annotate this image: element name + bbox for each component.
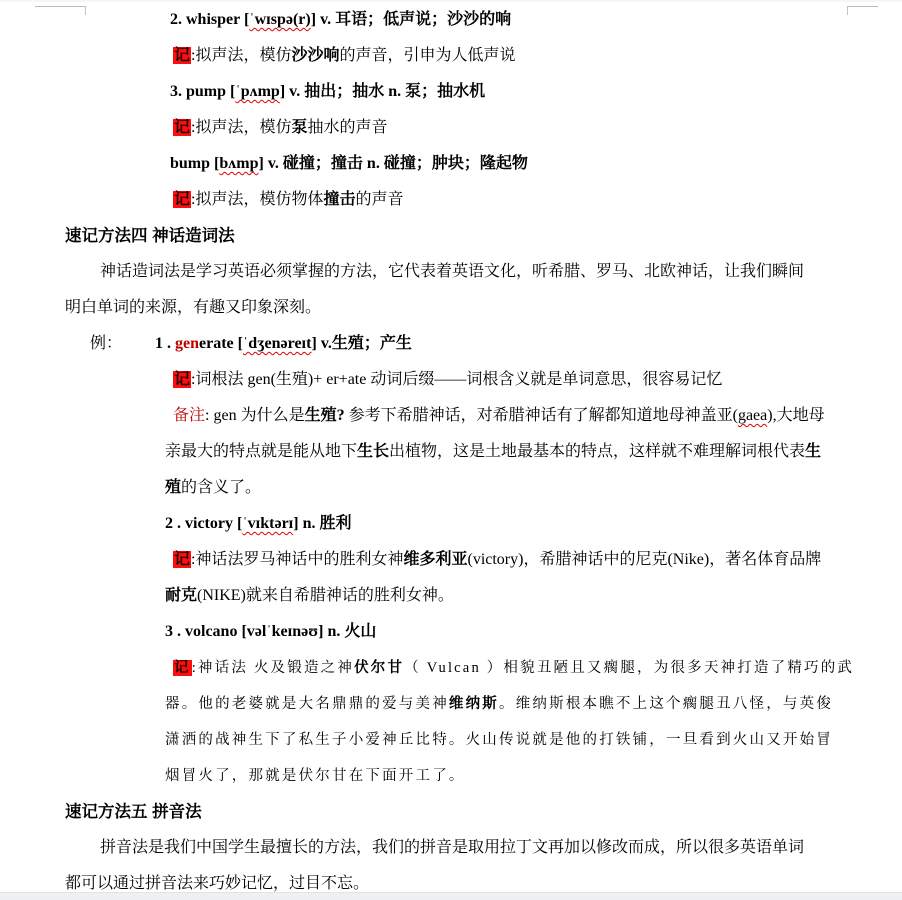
note-text: :拟声法，模仿 xyxy=(191,119,291,136)
entry-whisper-meaning: ] v. 耳语；低声说；沙沙的响 xyxy=(311,11,511,28)
remark-bold-text: 生 xyxy=(805,443,821,460)
example-label: 例： xyxy=(65,326,155,362)
remark-text: 的含义了。 xyxy=(181,479,261,496)
entry-volcano-meaning: ] n. 火山 xyxy=(318,623,376,640)
entry-generate-word: erate [ xyxy=(199,335,243,352)
note-bold-text: 维多利亚 xyxy=(403,551,467,568)
remark-text: 亲最大的特点就是能从地下 xyxy=(165,443,357,460)
entry-generate-title-row: 例：1 . generate [ˈdʒenəreɪt] v.生殖；产生 xyxy=(65,326,875,362)
entry-bump-note: 记:拟声法，模仿物体撞击的声音 xyxy=(65,182,875,218)
note-bold-text: 撞击 xyxy=(323,191,355,208)
volcano-story-line2: 器。他的老婆就是大名鼎鼎的爱与美神维纳斯。维纳斯根本瞧不上这个瘸腿丑八怪，与英俊 xyxy=(65,686,875,722)
ji-highlight: 记 xyxy=(173,551,191,568)
story-text: （ Vulcan ）相貌丑陋且又瘸腿，为很多天神打造了精巧的武 xyxy=(404,660,854,676)
entry-volcano-word: 3 . volcano [ xyxy=(165,623,247,640)
entry-pump-note: 记:拟声法，模仿泵抽水的声音 xyxy=(65,110,875,146)
note-text: (victory)，希腊神话中的尼克(Nike)，著名体育品牌 xyxy=(467,551,821,568)
note-text: 的声音 xyxy=(355,191,403,208)
entry-victory-phonetic: ˈvɪktərɪ xyxy=(242,515,293,532)
entry-generate-meaning: ] v.生殖；产生 xyxy=(311,335,411,352)
document-content: 2. whisper [ˈwɪspə(r)] v. 耳语；低声说；沙沙的响 记:… xyxy=(65,2,875,900)
entry-bump-word: bump [ xyxy=(170,155,219,172)
entry-victory-title: 2 . victory [ˈvɪktərɪ] n. 胜利 xyxy=(65,506,875,542)
entry-pump-phonetic: ˈpʌmp xyxy=(235,83,279,100)
entry-generate-note: 记:词根法 gen(生殖)+ er+ate 动词后缀——词根含义就是单词意思，很… xyxy=(65,362,875,398)
document-page: 2. whisper [ˈwɪspə(r)] v. 耳语；低声说；沙沙的响 记:… xyxy=(0,0,902,900)
remark-squiggle-word: gaea xyxy=(738,407,767,424)
section4-heading: 速记方法四 神话造词法 xyxy=(65,218,875,254)
entry-bump-title: bump [bʌmp] v. 碰撞；撞击 n. 碰撞；肿块；隆起物 xyxy=(65,146,875,182)
entry-generate-phonetic: ˈdʒenəreɪt xyxy=(243,335,312,352)
remark-text: 参考下希腊神话，对希腊神话有了解都知道地母神盖亚( xyxy=(345,407,738,424)
section5-heading: 速记方法五 拼音法 xyxy=(65,794,875,830)
ji-highlight: 记 xyxy=(173,660,192,676)
volcano-story-line4: 烟冒火了，那就是伏尔甘在下面开工了。 xyxy=(65,758,875,794)
entry-bump-phonetic: bʌmp xyxy=(219,155,258,172)
section4-intro-line1: 神话造词法是学习英语必须掌握的方法，它代表着英语文化，听希腊、罗马、北欧神话，让… xyxy=(65,254,875,290)
remark-text: : gen 为什么是 xyxy=(205,407,305,424)
story-bold-text: 伏尔甘 xyxy=(354,660,404,676)
note-bold-text: 耐克 xyxy=(165,587,197,604)
volcano-story-line3: 潇洒的战神生下了私生子小爱神丘比特。火山传说就是他的打铁铺，一旦看到火山又开始冒 xyxy=(65,722,875,758)
entry-whisper-word: 2. whisper [ xyxy=(170,11,249,28)
note-text: :拟声法，模仿 xyxy=(191,47,291,64)
entry-whisper-note: 记:拟声法，模仿沙沙响的声音，引申为人低声说 xyxy=(65,38,875,74)
note-text: 的声音，引申为人低声说 xyxy=(339,47,515,64)
volcano-story-line1: 记:神话法 火及锻造之神伏尔甘（ Vulcan ）相貌丑陋且又瘸腿，为很多天神打… xyxy=(65,650,875,686)
entry-volcano-phonetic: vəlˈkeɪnəʊ xyxy=(247,623,318,640)
ji-highlight: 记 xyxy=(173,191,191,208)
entry-generate-title: 1 . generate [ˈdʒenəreɪt] v.生殖；产生 xyxy=(155,335,412,352)
generate-remark-line2: 亲最大的特点就是能从地下生长出植物，这是土地最基本的特点，这样就不难理解词根代表… xyxy=(65,434,875,470)
note-text: 抽水的声音 xyxy=(307,119,387,136)
entry-whisper-phonetic: ˈwɪspə(r) xyxy=(249,11,310,28)
remark-bold-text: 生殖? xyxy=(305,407,345,424)
entry-bump-meaning: ] v. 碰撞；撞击 n. 碰撞；肿块；隆起物 xyxy=(258,155,527,172)
entry-whisper-title: 2. whisper [ˈwɪspə(r)] v. 耳语；低声说；沙沙的响 xyxy=(65,2,875,38)
note-bold-text: 泵 xyxy=(291,119,307,136)
page-bottom-edge xyxy=(0,892,902,900)
entry-victory-note-line2: 耐克(NIKE)就来自希腊神话的胜利女神。 xyxy=(65,578,875,614)
entry-victory-note-line1: 记:神话法罗马神话中的胜利女神维多利亚(victory)，希腊神话中的尼克(Ni… xyxy=(65,542,875,578)
story-text: 。维纳斯根本瞧不上这个瘸腿丑八怪，与英俊 xyxy=(499,696,833,712)
remark-text: ),大地母 xyxy=(767,407,824,424)
generate-remark-line1: 备注: gen 为什么是生殖? 参考下希腊神话，对希腊神话有了解都知道地母神盖亚… xyxy=(65,398,875,434)
entry-generate-root-red: gen xyxy=(175,335,199,352)
note-bold-text: 沙沙响 xyxy=(291,47,339,64)
entry-volcano-title: 3 . volcano [vəlˈkeɪnəʊ] n. 火山 xyxy=(65,614,875,650)
ji-highlight: 记 xyxy=(173,119,191,136)
remark-bold-text: 殖 xyxy=(165,479,181,496)
story-text: 器。他的老婆就是大名鼎鼎的爱与美神 xyxy=(165,696,449,712)
section4-intro-line2: 明白单词的来源，有趣又印象深刻。 xyxy=(65,290,875,326)
generate-remark-line3: 殖的含义了。 xyxy=(65,470,875,506)
ji-highlight: 记 xyxy=(173,47,191,64)
note-text: :神话法罗马神话中的胜利女神 xyxy=(191,551,403,568)
remark-text: 出植物，这是土地最基本的特点，这样就不难理解词根代表 xyxy=(389,443,805,460)
entry-pump-word: 3. pump [ xyxy=(170,83,235,100)
story-text: :神话法 火及锻造之神 xyxy=(192,660,354,676)
note-text: :拟声法，模仿物体 xyxy=(191,191,323,208)
entry-generate-number: 1 . xyxy=(155,335,175,352)
entry-victory-word: 2 . victory [ xyxy=(165,515,242,532)
story-bold-text: 维纳斯 xyxy=(449,696,499,712)
entry-pump-meaning: ] v. 抽出；抽水 n. 泵；抽水机 xyxy=(280,83,485,100)
entry-pump-title: 3. pump [ˈpʌmp] v. 抽出；抽水 n. 泵；抽水机 xyxy=(65,74,875,110)
section5-intro-line1: 拼音法是我们中国学生最擅长的方法，我们的拼音是取用拉丁文再加以修改而成，所以很多… xyxy=(65,830,875,866)
note-text: (NIKE)就来自希腊神话的胜利女神。 xyxy=(197,587,454,604)
remark-bold-text: 生长 xyxy=(357,443,389,460)
ji-highlight: 记 xyxy=(173,371,191,388)
note-text: :词根法 gen(生殖)+ er+ate 动词后缀——词根含义就是单词意思，很容… xyxy=(191,371,722,388)
entry-victory-meaning: ] n. 胜利 xyxy=(293,515,351,532)
remark-label: 备注 xyxy=(173,407,205,424)
